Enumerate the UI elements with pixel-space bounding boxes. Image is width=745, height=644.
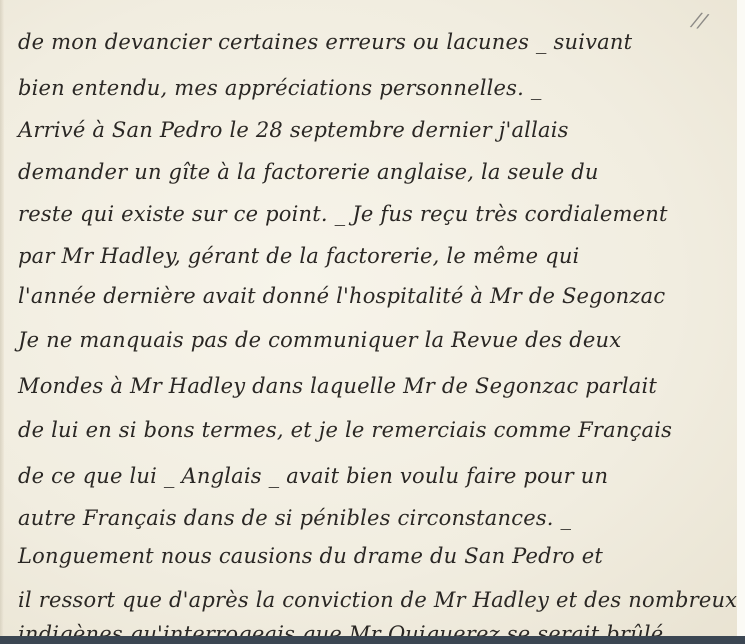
text-line: il ressort que d'après la conviction de … — [18, 588, 737, 612]
text-line: Arrivé à San Pedro le 28 septembre derni… — [18, 118, 569, 142]
text-line: reste qui existe sur ce point. _ Je fus … — [18, 202, 668, 226]
page-left-edge — [0, 0, 4, 636]
text-line: par Mr Hadley, gérant de la factorerie, … — [18, 244, 579, 268]
text-line-partial: indigènes qu'interrogeais que Mr Quiquer… — [18, 622, 663, 636]
text-line: de mon devancier certaines erreurs ou la… — [18, 30, 632, 54]
page-mark: // — [691, 7, 709, 33]
text-line: l'année dernière avait donné l'hospitali… — [18, 284, 665, 308]
text-line: bien entendu, mes appréciations personne… — [18, 76, 542, 100]
text-line: demander un gîte à la factorerie anglais… — [18, 160, 599, 184]
bottom-scan-edge — [0, 636, 745, 644]
text-line: autre Français dans de si pénibles circo… — [18, 506, 571, 530]
text-line: Mondes à Mr Hadley dans laquelle Mr de S… — [18, 374, 657, 398]
page-right-margin — [737, 0, 745, 636]
text-line: de lui en si bons termes, et je le remer… — [18, 418, 672, 442]
text-line: Je ne manquais pas de communiquer la Rev… — [18, 328, 621, 352]
text-line: de ce que lui _ Anglais _ avait bien vou… — [18, 464, 608, 488]
text-line: Longuement nous causions du drame du San… — [18, 544, 603, 568]
letter-page: // de mon devancier certaines erreurs ou… — [0, 0, 745, 636]
